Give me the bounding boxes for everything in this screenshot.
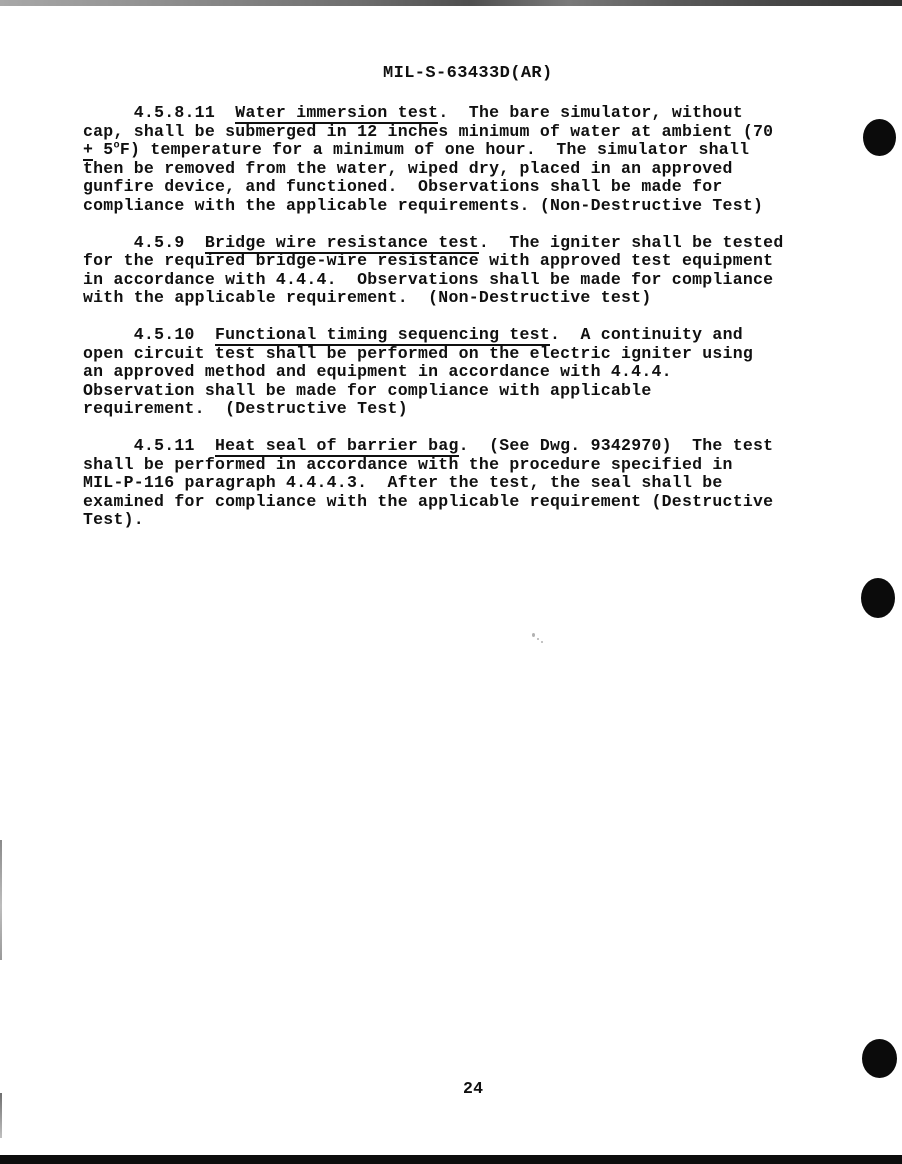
paragraph-4.5.11: 4.5.11 Heat seal of barrier bag. (See Dw… [83,437,828,530]
scanned-document-page: MIL-S-63433D(AR) 4.5.8.11 Water immersio… [0,0,902,1164]
punch-hole-mark-bottom [862,1039,897,1078]
page-number: 24 [463,1079,483,1098]
paragraph-4.5.9: 4.5.9 Bridge wire resistance test. The i… [83,234,828,308]
scan-edge-stripe-upper [0,840,2,960]
paragraph-text: F) temperature for a minimum of one hour… [83,140,763,215]
paragraph-text: 5 [93,140,113,159]
scan-edge-bar-top [0,0,902,6]
document-header: MIL-S-63433D(AR) [383,64,553,83]
paragraph-4.5.8.11: 4.5.8.11 Water immersion test. The bare … [83,104,828,215]
paragraph-text: 4.5.10 [83,325,215,344]
paragraph-text: 4.5.8.11 [83,103,235,122]
punch-hole-mark-top [863,119,896,156]
punch-hole-mark-middle [861,578,895,618]
paragraph-text: 4.5.9 [83,233,205,252]
paragraph-text: 4.5.11 [83,436,215,455]
scan-edge-stripe-lower [0,1093,2,1138]
scan-edge-bar-bottom [0,1155,902,1164]
document-body: 4.5.8.11 Water immersion test. The bare … [83,104,828,548]
paragraph-4.5.10: 4.5.10 Functional timing sequencing test… [83,326,828,419]
scan-speck [531,632,545,646]
